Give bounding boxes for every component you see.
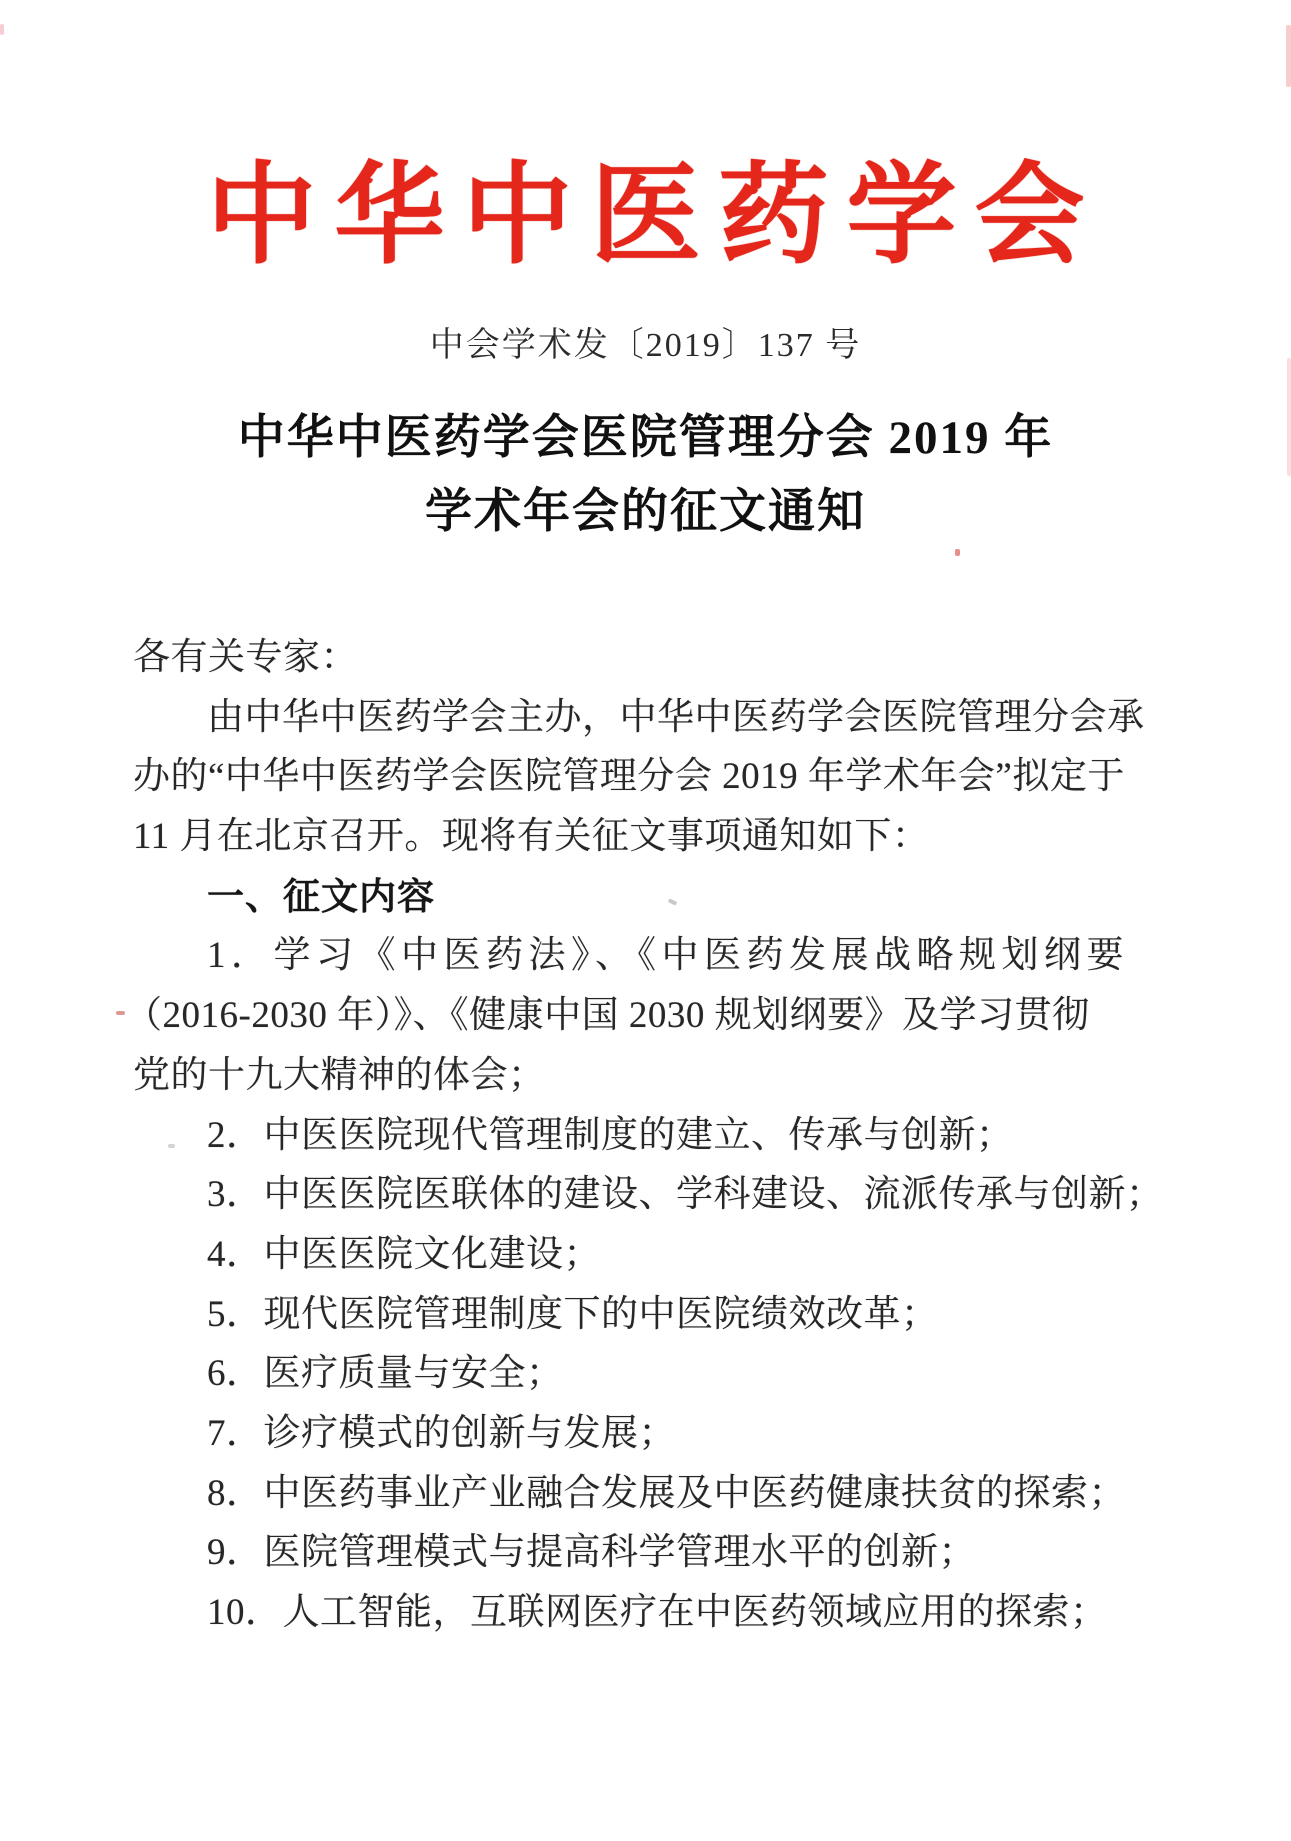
notice-title: 中华中医药学会医院管理分会 2019 年 学术年会的征文通知 xyxy=(0,401,1291,549)
intro-line-2: 办的“中华中医药学会医院管理分会 2019 年学术年会”拟定于 xyxy=(133,747,1168,807)
list-item-4: 4．中医医院文化建设； xyxy=(133,1225,1168,1285)
list-item-2: 2．中医医院现代管理制度的建立、传承与创新； xyxy=(133,1106,1168,1166)
document-page: 中华中医药学会 中会学术发〔2019〕137 号 中华中医药学会医院管理分会 2… xyxy=(0,0,1291,1841)
list-item-9: 9．医院管理模式与提高科学管理水平的创新； xyxy=(133,1523,1168,1583)
intro-line-3: 11 月在北京召开。现将有关征文事项通知如下： xyxy=(133,807,1168,867)
document-number: 中会学术发〔2019〕137 号 xyxy=(0,326,1291,366)
organization-title: 中华中医药学会 xyxy=(0,156,1291,276)
scan-artifact xyxy=(168,1144,175,1148)
list-item-5: 5．现代医院管理制度下的中医院绩效改革； xyxy=(133,1285,1168,1345)
intro-line-1: 由中华中医药学会主办，中华中医药学会医院管理分会承 xyxy=(133,688,1168,748)
notice-title-line-1: 中华中医药学会医院管理分会 2019 年 xyxy=(0,401,1291,475)
scan-artifact xyxy=(955,549,960,556)
scan-artifact xyxy=(0,24,4,35)
scan-artifact xyxy=(1287,358,1291,476)
list-item-7: 7．诊疗模式的创新与发展； xyxy=(133,1404,1168,1464)
list-item-10: 10．人工智能，互联网医疗在中医药领域应用的探索； xyxy=(133,1583,1168,1643)
list-item-1-line-3: 党的十九大精神的体会； xyxy=(133,1046,1168,1106)
list-item-1-line-2: （2016-2030 年）》、《健康中国 2030 规划纲要》及学习贯彻 xyxy=(125,986,1168,1046)
list-item-8: 8．中医药事业产业融合发展及中医药健康扶贫的探索； xyxy=(133,1464,1168,1524)
scan-artifact xyxy=(1286,25,1291,87)
section-heading: 一、征文内容 xyxy=(133,867,1168,927)
notice-body: 各有关专家： 由中华中医药学会主办，中华中医药学会医院管理分会承 办的“中华中医… xyxy=(133,628,1168,1643)
list-item-1-line-1: 1．学习《中医药法》、《中医药发展战略规划纲要 xyxy=(133,926,1168,986)
notice-title-line-2: 学术年会的征文通知 xyxy=(0,475,1291,549)
scan-artifact xyxy=(116,1011,125,1015)
list-item-3: 3．中医医院医联体的建设、学科建设、流派传承与创新； xyxy=(133,1165,1168,1225)
salutation: 各有关专家： xyxy=(133,628,1168,688)
list-item-6: 6．医疗质量与安全； xyxy=(133,1344,1168,1404)
